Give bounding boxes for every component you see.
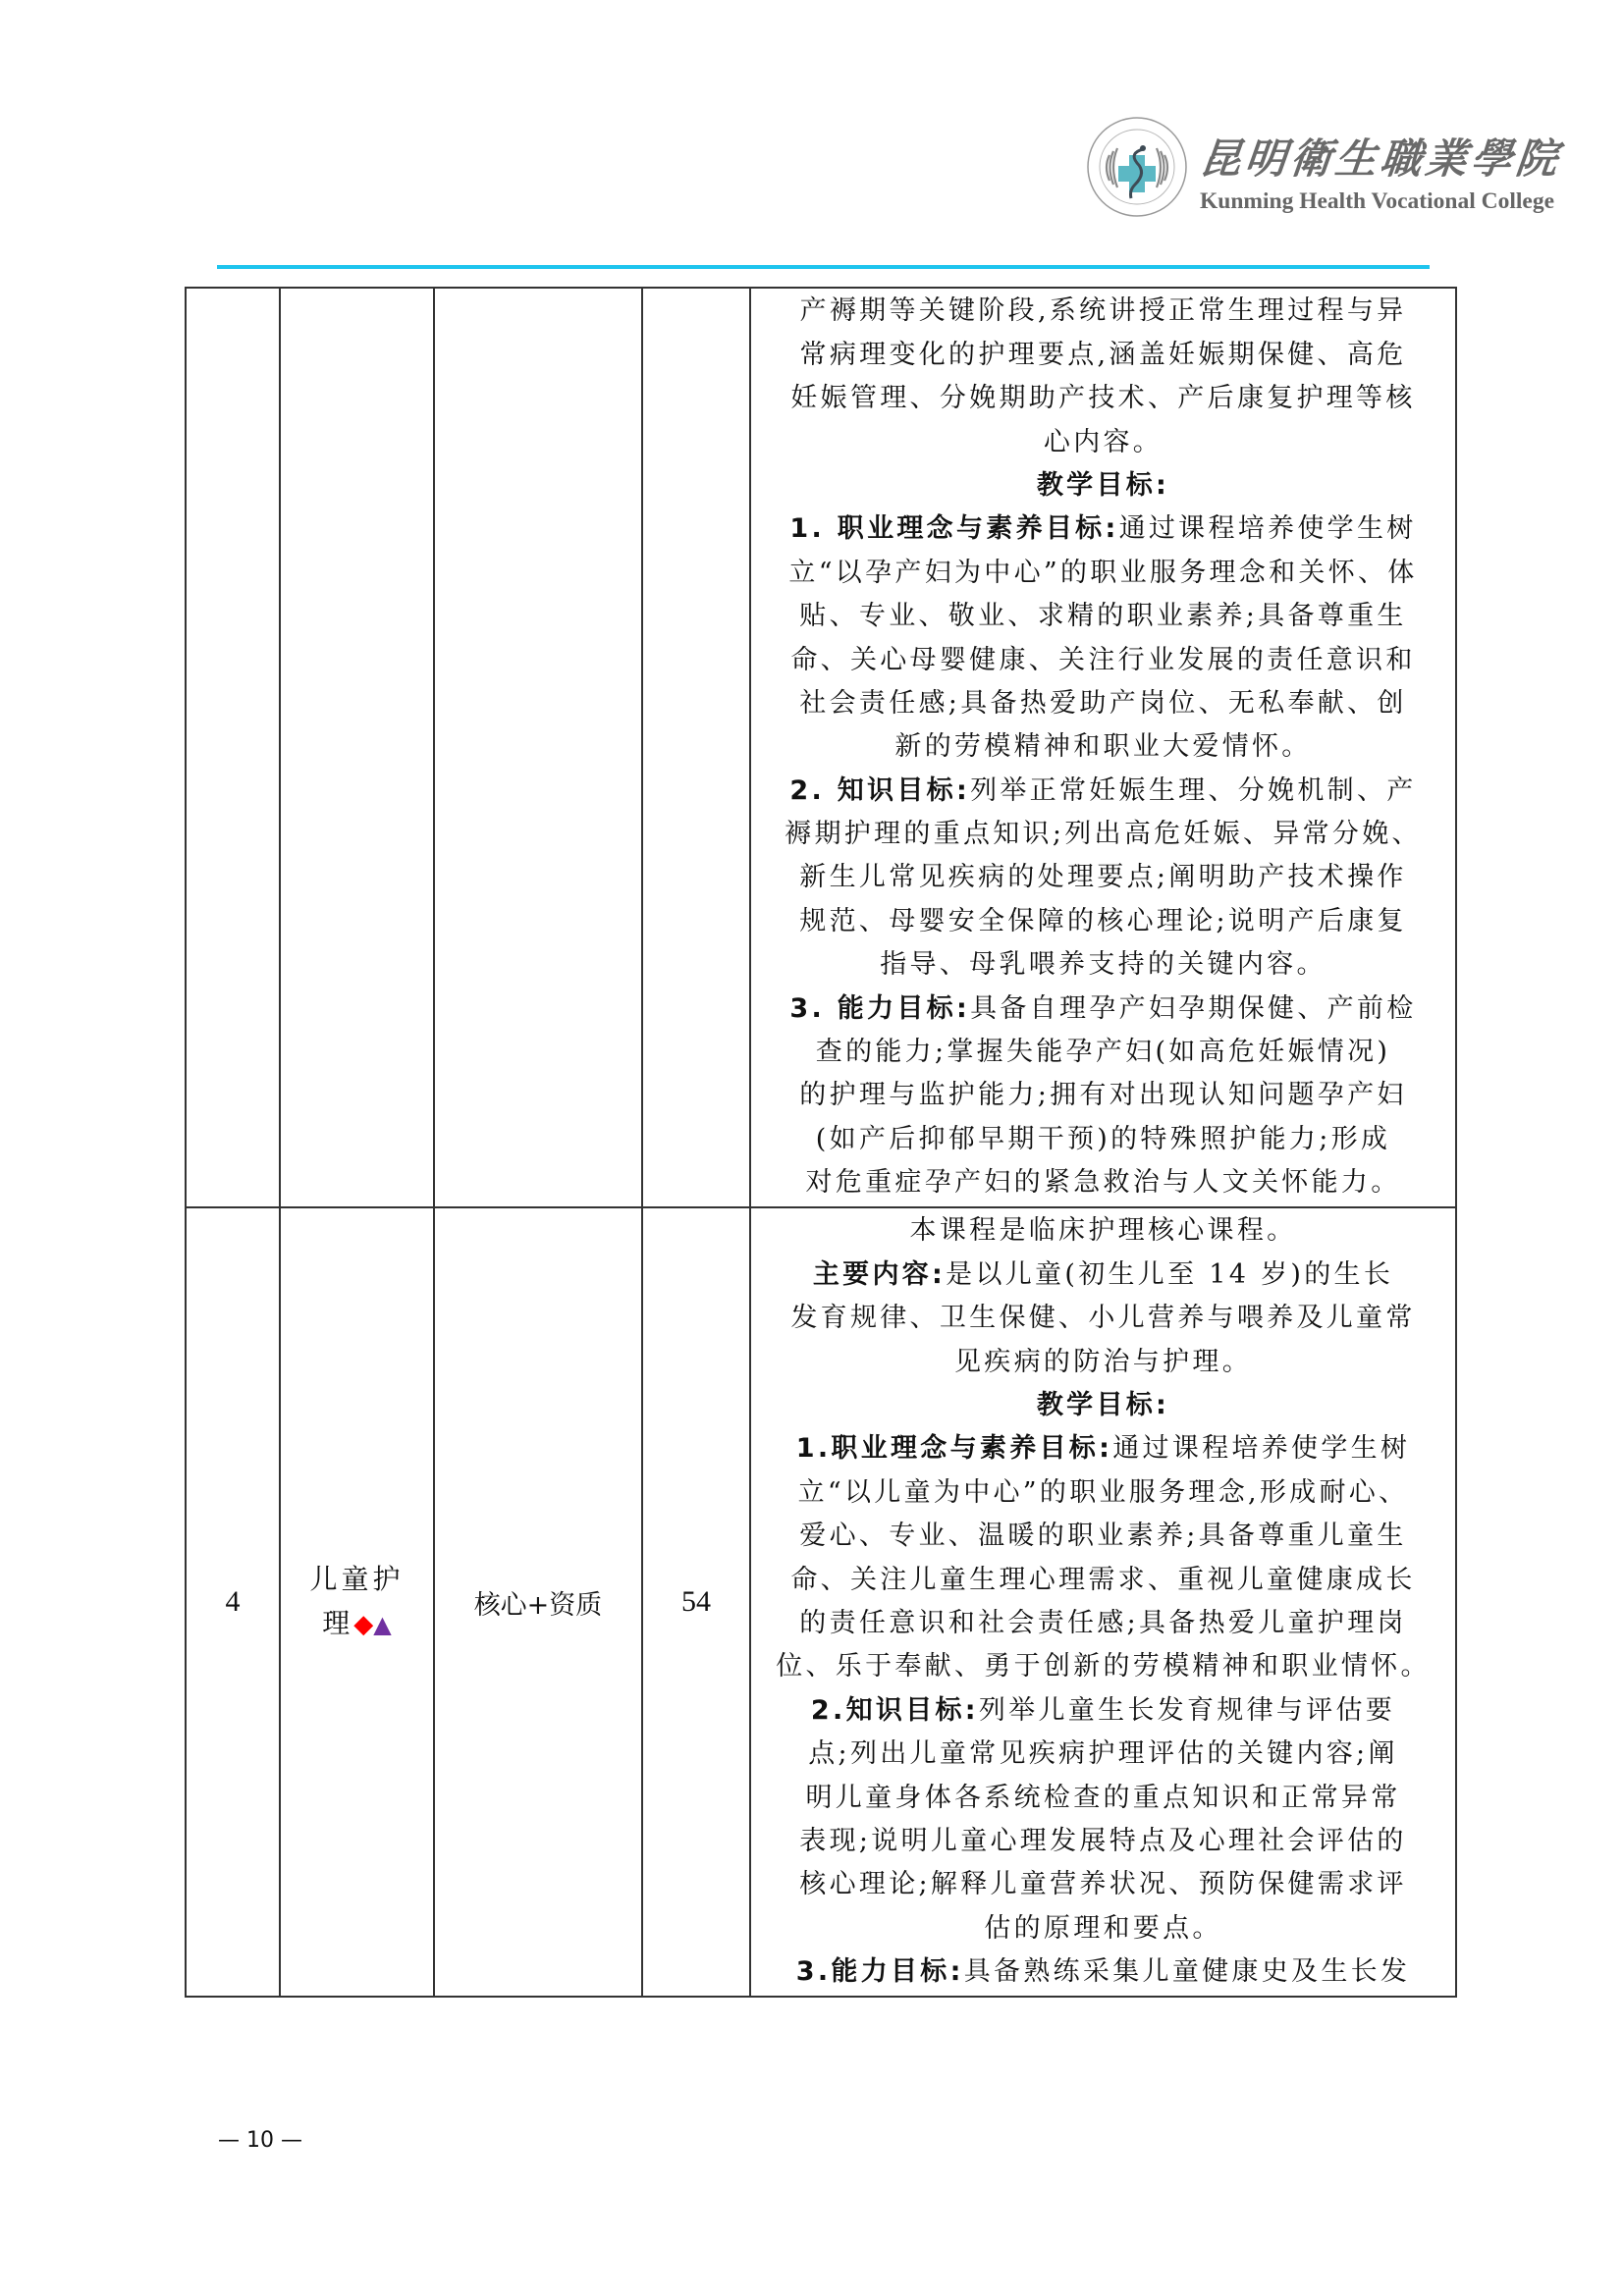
course-table: 产褥期等关键阶段,系统讲授正常生理过程与异 常病理变化的护理要点,涵盖妊娠期保健… — [185, 287, 1457, 1998]
description-line: 见疾病的防治与护理。 — [751, 1341, 1455, 1384]
description-line: (如产后抑郁早期干预)的特殊照护能力;形成 — [751, 1118, 1455, 1161]
course-number-cell: 4 — [186, 1207, 280, 1997]
description-line: 对危重症孕产妇的紧急救治与人文关怀能力。 — [751, 1161, 1455, 1204]
description-line: 立“以儿童为中心”的职业服务理念,形成耐心、 — [751, 1471, 1455, 1515]
description-line: 1.职业理念与素养目标:通过课程培养使学生树 — [751, 1427, 1455, 1470]
college-name-english: Kunming Health Vocational College — [1200, 188, 1553, 214]
description-line: 贴、专业、敬业、求精的职业素养;具备尊重生 — [751, 595, 1455, 638]
description-line: 命、关心母婴健康、关注行业发展的责任意识和 — [751, 639, 1455, 682]
description-line: 产褥期等关键阶段,系统讲授正常生理过程与异 — [751, 290, 1455, 333]
description-line: 的护理与监护能力;拥有对出现认知问题孕产妇 — [751, 1074, 1455, 1117]
description-line: 点;列出儿童常见疾病护理评估的关键内容;阐 — [751, 1733, 1455, 1776]
description-line: 心内容。 — [751, 421, 1455, 464]
course-name-cell — [280, 288, 434, 1207]
description-line: 表现;说明儿童心理发展特点及心理社会评估的 — [751, 1820, 1455, 1863]
description-line: 2. 知识目标:列举正常妊娠生理、分娩机制、产 — [751, 770, 1455, 813]
course-number: 4 — [226, 1585, 241, 1618]
description-line: 发育规律、卫生保健、小儿营养与喂养及儿童常 — [751, 1297, 1455, 1340]
table-row: 4 儿童护 理◆▲ 核心+资质 54 本课程是临床护理核心课程。 主要内容:是以… — [186, 1207, 1456, 1997]
table-row: 产褥期等关键阶段,系统讲授正常生理过程与异 常病理变化的护理要点,涵盖妊娠期保健… — [186, 288, 1456, 1207]
description-line: 褥期护理的重点知识;列出高危妊娠、异常分娩、 — [751, 813, 1455, 856]
description-line: 新的劳模精神和职业大爱情怀。 — [751, 725, 1455, 769]
course-name-line: 理◆▲ — [281, 1601, 433, 1647]
description-line: 妊娠管理、分娩期助产技术、产后康复护理等核 — [751, 377, 1455, 420]
description-line: 1. 职业理念与素养目标:通过课程培养使学生树 — [751, 507, 1455, 551]
course-description-cell: 本课程是临床护理核心课程。 主要内容:是以儿童(初生儿至 14 岁)的生长 发育… — [750, 1207, 1456, 1997]
course-name-cell: 儿童护 理◆▲ — [280, 1207, 434, 1997]
description-line: 估的原理和要点。 — [751, 1907, 1455, 1950]
course-number-cell — [186, 288, 280, 1207]
description-line: 3.能力目标:具备熟练采集儿童健康史及生长发 — [751, 1950, 1455, 1994]
description-line: 的责任意识和社会责任感;具备热爱儿童护理岗 — [751, 1602, 1455, 1645]
course-hours-cell: 54 — [642, 1207, 750, 1997]
description-line: 常病理变化的护理要点,涵盖妊娠期保健、高危 — [751, 334, 1455, 377]
purple-triangle-icon: ▲ — [373, 1611, 391, 1638]
description-line: 立“以孕产妇为中心”的职业服务理念和关怀、体 — [751, 552, 1455, 595]
description-line: 2.知识目标:列举儿童生长发育规律与评估要 — [751, 1689, 1455, 1733]
course-description-cell: 产褥期等关键阶段,系统讲授正常生理过程与异 常病理变化的护理要点,涵盖妊娠期保健… — [750, 288, 1456, 1207]
main-content-line: 主要内容:是以儿童(初生儿至 14 岁)的生长 — [751, 1254, 1455, 1297]
course-type-cell — [434, 288, 642, 1207]
college-name-chinese: 昆明衛生職業學院 — [1197, 132, 1556, 187]
course-type-cell: 核心+资质 — [434, 1207, 642, 1997]
description-line: 规范、母婴安全保障的核心理论;说明产后康复 — [751, 900, 1455, 943]
description-line: 查的能力;掌握失能孕产妇(如高危妊娠情况) — [751, 1031, 1455, 1074]
description-line: 命、关注儿童生理心理需求、重视儿童健康成长 — [751, 1559, 1455, 1602]
header-divider — [217, 265, 1430, 269]
description-line: 本课程是临床护理核心课程。 — [751, 1209, 1455, 1253]
description-line: 新生儿常见疾病的处理要点;阐明助产技术操作 — [751, 856, 1455, 899]
teaching-goals-heading: 教学目标: — [751, 1384, 1455, 1427]
college-logo — [1086, 116, 1188, 218]
description-line: 3. 能力目标:具备自理孕产妇孕期保健、产前检 — [751, 988, 1455, 1031]
college-emblem-icon — [1086, 116, 1188, 218]
teaching-goals-heading: 教学目标: — [751, 464, 1455, 507]
course-hours: 54 — [681, 1585, 711, 1618]
description-line: 指导、母乳喂养支持的关键内容。 — [751, 943, 1455, 987]
description-line: 位、乐于奉献、勇于创新的劳模精神和职业情怀。 — [751, 1645, 1455, 1688]
page-number: — 10 — — [218, 2128, 302, 2153]
description-line: 核心理论;解释儿童营养状况、预防保健需求评 — [751, 1863, 1455, 1906]
course-type: 核心+资质 — [474, 1590, 603, 1621]
red-diamond-icon: ◆ — [353, 1610, 373, 1639]
description-line: 社会责任感;具备热爱助产岗位、无私奉献、创 — [751, 682, 1455, 725]
description-line: 明儿童身体各系统检查的重点知识和正常异常 — [751, 1777, 1455, 1820]
course-name-line: 儿童护 — [281, 1557, 433, 1601]
description-line: 爱心、专业、温暖的职业素养;具备尊重儿童生 — [751, 1515, 1455, 1558]
course-hours-cell — [642, 288, 750, 1207]
